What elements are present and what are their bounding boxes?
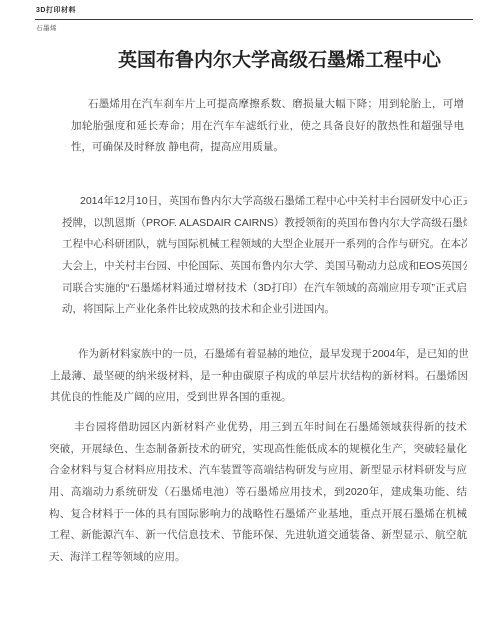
- paragraph-plan: 丰台园将借助园区内新材料产业优势，用三到五年时间在石墨烯领域获得新的技术突破，开…: [49, 417, 467, 569]
- paragraph-line: 工程中心科研团队，就与国际机械工程领域的大型企业展开一系列的合作与研究。在本次: [62, 234, 467, 256]
- paragraph-line: 授牌，以凯恩斯（PROF. ALASDAIR CAIRNS）教授领衔的英国布鲁内…: [62, 213, 467, 235]
- paragraph-line: 石墨烯用在汽车刹车片上可提高摩擦系数、磨损量大幅下降；用到轮胎上，可增: [71, 94, 464, 116]
- header-divider: [35, 19, 473, 20]
- page-title: 英国布鲁内尔大学高级石墨烯工程中心: [118, 45, 441, 72]
- paragraph-line: 合金材料与复合材料应用技术、汽车装置等高端结构研发与应用、新型显示材料研发与应: [49, 460, 467, 482]
- paragraph-line: 丰台园将借助园区内新材料产业优势，用三到五年时间在石墨烯领域获得新的技术: [49, 417, 467, 439]
- paragraph-line: 工程、新能源汽车、新一代信息技术、节能环保、先进轨道交通装备、新型显示、航空航: [49, 525, 467, 547]
- paragraph-line: 构、复合材料于一体的具有国际影响力的战略性石墨烯产业基地，重点开展石墨烯在机械: [49, 504, 467, 526]
- header-category: 3D打印材料: [36, 5, 76, 15]
- paragraph-line: 性，可确保及时释放 静电荷，提高应用质量。: [71, 137, 464, 159]
- paragraph-ceremony: 2014年12月10日，英国布鲁内尔大学高级石墨烯工程中心中关村丰台园研发中心正…: [62, 191, 467, 321]
- paragraph-line: 作为新材料家族中的一员，石墨烯有着显赫的地位，最早发现于2004年，是已知的世: [50, 344, 468, 366]
- paragraph-line: 动，将国际上产业化条件比较成熟的技术和企业引进国内。: [62, 299, 467, 321]
- header-subcategory: 石墨烯: [36, 23, 57, 32]
- paragraph-line: 用、高端动力系统研发（石墨烯电池）等石墨烯应用技术，到2020年，建成集功能、结: [49, 482, 467, 504]
- paragraph-line: 突破，开展绿色、生态制备新技术的研究，实现高性能低成本的规模化生产，突破轻量化: [49, 439, 467, 461]
- paragraph-line: 2014年12月10日，英国布鲁内尔大学高级石墨烯工程中心中关村丰台园研发中心正…: [62, 191, 467, 213]
- paragraph-line: 天、海洋工程等领域的应用。: [49, 547, 467, 569]
- paragraph-line: 大会上，中关村丰台园、中伦国际、英国布鲁内尔大学、美国马勒动力总成和EOS英国公: [62, 256, 467, 278]
- paragraph-intro: 石墨烯用在汽车刹车片上可提高摩擦系数、磨损量大幅下降；用到轮胎上，可增加轮胎强度…: [71, 94, 464, 159]
- paragraph-line: 上最薄、最坚硬的纳米级材料，是一种由碳原子构成的单层片状结构的新材料。石墨烯因: [50, 366, 468, 388]
- paragraph-line: 司联合实施的“石墨烯材料通过增材技术（3D打印）在汽车领域的高端应用专项”正式启: [62, 278, 467, 300]
- paragraph-material: 作为新材料家族中的一员，石墨烯有着显赫的地位，最早发现于2004年，是已知的世上…: [50, 344, 468, 409]
- paragraph-line: 加轮胎强度和延长寿命；用在汽车车滤纸行业，使之具备良好的散热性和超强导电: [71, 116, 464, 138]
- document-page: 3D打印材料 石墨烯 英国布鲁内尔大学高级石墨烯工程中心 石墨烯用在汽车刹车片上…: [0, 0, 500, 624]
- paragraph-line: 其优良的性能及广阔的应用，受到世界各国的重视。: [50, 387, 468, 409]
